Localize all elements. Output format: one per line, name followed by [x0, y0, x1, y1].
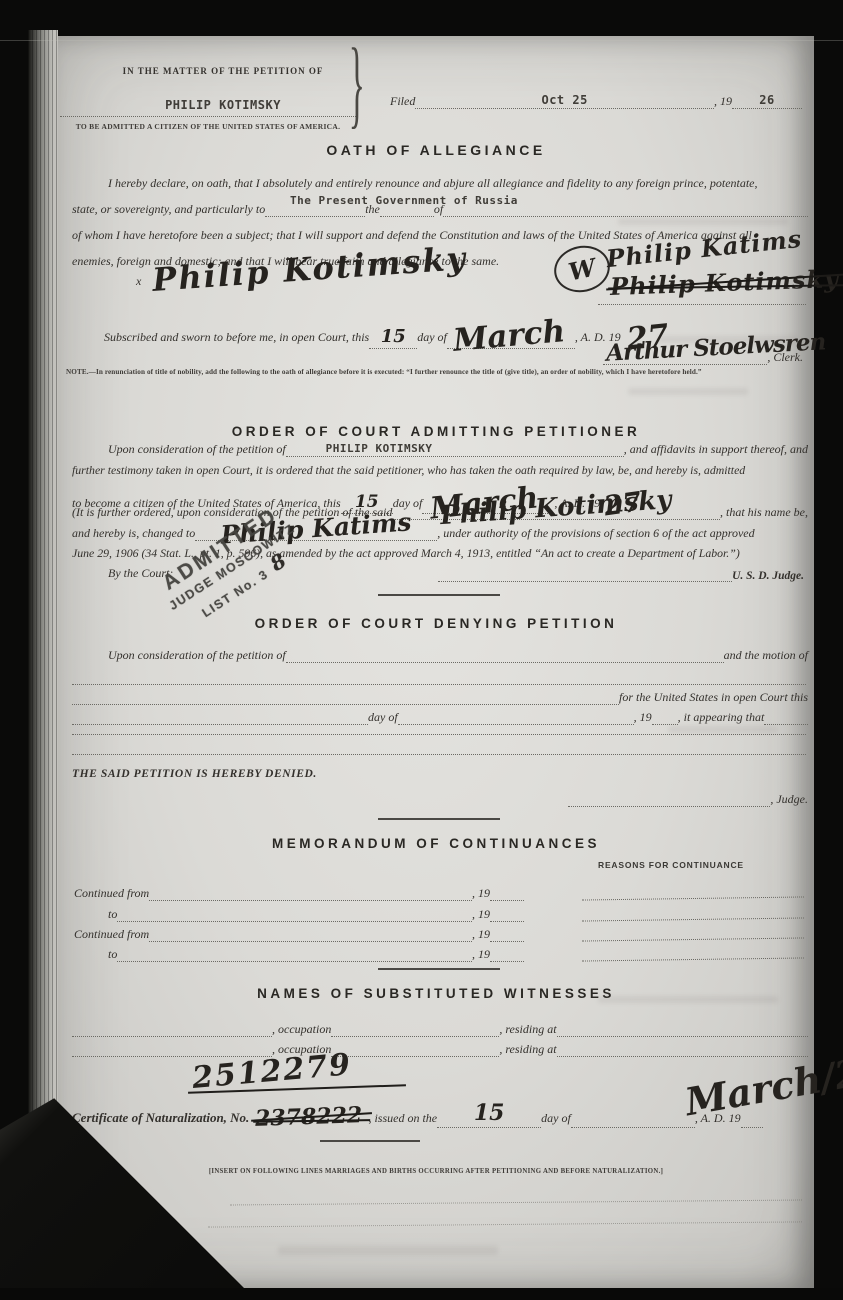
witness-row: , occupation , residing at: [72, 1042, 808, 1057]
nobility-note: NOTE.—In renunciation of title of nobili…: [66, 368, 808, 376]
continuance-year: , 19: [472, 907, 490, 922]
denying-blank-line1: [72, 684, 806, 685]
bleed-through-mark: [618, 218, 788, 225]
denying-line2: for the United States in open Court this: [72, 690, 808, 705]
reason-blank: [582, 957, 804, 961]
admitting-line4-post: , that his name be,: [720, 505, 808, 520]
to-label: to: [108, 907, 117, 922]
bleed-through-mark: [658, 336, 798, 343]
sovereign-typed: The Present Government of Russia: [290, 194, 518, 207]
oath-line2: state, or sovereignty, and particularly …: [72, 202, 808, 217]
denying-day-blank: [72, 710, 368, 725]
certificate-label: Certificate of Naturalization, No.: [72, 1110, 249, 1126]
photographed-record-book: IN THE MATTER OF THE PETITION OF PHILIP …: [0, 0, 843, 1300]
stamp-list-no-hw: 8: [266, 547, 292, 576]
continuance-blank: [117, 907, 472, 922]
crossed-out-signature-wrap: Philip Kotimsky: [610, 268, 839, 297]
day-hw: 15: [369, 326, 417, 347]
filed-date-typed: Oct 25: [415, 93, 714, 107]
continuance-row: Continued from , 19: [74, 927, 524, 942]
filed-label: Filed: [390, 94, 415, 109]
admitting-title: ORDER OF COURT ADMITTING PETITIONER: [58, 424, 814, 439]
continuance-row: to , 19: [74, 907, 524, 922]
admitting-line6: June 29, 1906 (34 Stat. L., pt. 1, p. 59…: [72, 546, 740, 561]
denying-day-of: day of: [368, 710, 398, 725]
continuance-year-blank: [490, 907, 524, 922]
divider-rule: [320, 1140, 420, 1142]
continuance-blank: [117, 947, 472, 962]
witness-address-blank: [557, 1042, 808, 1057]
continuance-year: , 19: [472, 886, 490, 901]
divider-rule: [378, 818, 500, 820]
denying-blank-line3: [72, 754, 806, 755]
continuance-year: , 19: [472, 927, 490, 942]
continuance-blank: [149, 927, 472, 942]
admitting-line5: and hereby is, changed to Philip Katims …: [72, 526, 808, 541]
continued-from-label: Continued from: [74, 886, 149, 901]
day-of-label: day of: [417, 330, 447, 345]
witness-row: , occupation , residing at: [72, 1022, 808, 1037]
denying-blank-line2: [72, 734, 806, 735]
signature-mark: x: [136, 274, 141, 289]
continuance-year-blank: [490, 927, 524, 942]
month-hw: March: [452, 313, 567, 359]
denying-appearing: , it appearing that: [678, 710, 765, 725]
witness-name-blank: [72, 1022, 272, 1037]
continuance-year: , 19: [472, 947, 490, 962]
denying-month-blank: [398, 710, 634, 725]
denying-judge-row: , Judge.: [568, 792, 808, 807]
clerk-initials-circle: W: [550, 241, 614, 298]
clerk-signature-line: [603, 350, 767, 365]
admitting-line5-post: , under authority of the provisions of s…: [437, 526, 754, 541]
admitting-line4: (It is further ordered, upon considerati…: [72, 505, 808, 520]
denying-year-label: , 19: [634, 710, 652, 725]
subscribed-row: Subscribed and sworn to before me, in op…: [104, 314, 668, 349]
reasons-header: REASONS FOR CONTINUANCE: [598, 860, 744, 870]
month-blank: March: [447, 314, 575, 349]
petition-denied-text: THE SAID PETITION IS HEREBY DENIED.: [72, 768, 317, 780]
matter-subcaption: TO BE ADMITTED A CITIZEN OF THE UNITED S…: [58, 122, 358, 131]
signature-line: [598, 304, 806, 305]
admitting-p1-pre: Upon consideration of the petition of: [108, 442, 286, 457]
admitting-line1: Upon consideration of the petition of PH…: [72, 442, 808, 457]
witness-occupation-blank: [331, 1042, 499, 1057]
petitioner-signature-hw: Philip Kotimsky: [151, 239, 468, 299]
footer-blank-line: [208, 1221, 802, 1227]
occupation-label: , occupation: [272, 1022, 331, 1037]
day-blank: 15: [369, 314, 417, 349]
witness-address-blank: [557, 1022, 808, 1037]
witness-occupation-blank: [331, 1022, 499, 1037]
crossed-out-signature-hw: Philip Kotimsky: [610, 264, 840, 301]
certificate-month-blank: [571, 1102, 695, 1128]
filed-row: Filed Oct 25 , 19 26: [390, 94, 802, 109]
denying-year-blank: [652, 710, 678, 725]
reason-blank: [582, 917, 804, 921]
bleed-through-mark: [278, 1246, 498, 1255]
film-scratch: [0, 40, 843, 41]
admitting-name-blank: PHILIP KOTIMSKY: [286, 442, 624, 457]
admitting-p1-post: , and affidavits in support thereof, and: [624, 442, 808, 457]
oath-line2-pre: state, or sovereignty, and particularly …: [72, 202, 265, 217]
clerk-label: , Clerk.: [767, 350, 803, 365]
clerk-initials-hw: W: [566, 252, 598, 286]
continuance-year-blank: [490, 886, 524, 901]
bleed-through-mark: [668, 726, 778, 733]
usd-judge-label: U. S. D. Judge.: [732, 570, 804, 582]
clerk-row: , Clerk.: [603, 350, 803, 365]
denying-p1-post: and the motion of: [724, 648, 808, 663]
oath-line1: I hereby declare, on oath, that I absolu…: [108, 176, 758, 191]
naturalization-record-page: IN THE MATTER OF THE PETITION OF PHILIP …: [58, 36, 814, 1288]
denying-line1: Upon consideration of the petition of an…: [72, 648, 808, 663]
reason-blank: [582, 937, 804, 941]
footer-blank-line: [230, 1200, 802, 1206]
certificate-number-crossed-hw: 2378222: [255, 1102, 363, 1132]
continued-from-label: Continued from: [74, 927, 149, 942]
residing-label: , residing at: [499, 1022, 556, 1037]
denying-judge-line: [568, 792, 770, 807]
filed-year-typed: 26: [732, 93, 802, 107]
denying-judge-label: , Judge.: [770, 792, 808, 807]
continuance-year-blank: [490, 947, 524, 962]
reason-blank: [582, 896, 804, 900]
matter-caption: IN THE MATTER OF THE PETITION OF: [98, 66, 348, 76]
issued-label: , issued on the: [368, 1111, 437, 1126]
continuances-title: MEMORANDUM OF CONTINUANCES: [58, 836, 814, 851]
witness-name-blank: [72, 1042, 272, 1057]
bleed-through-mark: [598, 996, 778, 1003]
filed-year-blank: 26: [732, 94, 802, 109]
certificate-day-blank: 15: [437, 1102, 541, 1128]
certificate-day-of: day of: [541, 1111, 571, 1126]
denying-p1-pre: Upon consideration of the petition of: [108, 648, 286, 663]
footer-insert-note: [INSERT ON FOLLOWING LINES MARRIAGES AND…: [58, 1168, 814, 1175]
certificate-day-hw: 15: [437, 1100, 541, 1126]
admitting-name-typed: PHILIP KOTIMSKY: [326, 442, 433, 455]
denying-title: ORDER OF COURT DENYING PETITION: [58, 616, 814, 631]
residing-label: , residing at: [499, 1042, 556, 1057]
photo-bottom-edge: [0, 1288, 843, 1300]
continuance-blank: [149, 886, 472, 901]
continuance-row: Continued from , 19: [74, 886, 524, 901]
admitting-line2: further testimony taken in open Court, i…: [72, 463, 745, 478]
petitioner-name-typed: PHILIP KOTIMSKY: [98, 98, 348, 112]
bleed-through-mark: [628, 388, 748, 395]
old-name-blank: Philip Kotimsky: [392, 505, 720, 520]
admitting-line5-pre: and hereby is, changed to: [72, 526, 195, 541]
judge-signature-line: [438, 570, 732, 582]
oath-title: OATH OF ALLEGIANCE: [58, 142, 814, 158]
matter-underline: [60, 116, 356, 117]
divider-rule: [378, 594, 500, 596]
denying-name-blank: [286, 648, 724, 663]
filed-date-blank: Oct 25: [415, 94, 714, 109]
subscribed-pre: Subscribed and sworn to before me, in op…: [104, 330, 369, 345]
denying-line3: day of , 19 , it appearing that: [72, 710, 808, 725]
matter-bracket: }: [349, 34, 365, 145]
denying-p2-post: for the United States in open Court this: [619, 690, 808, 705]
to-label: to: [108, 947, 117, 962]
divider-rule: [378, 968, 500, 970]
judge-signature-row: U. S. D. Judge.: [438, 570, 804, 582]
denying-attorney-blank: [72, 690, 619, 705]
filed-year-printed: , 19: [714, 94, 732, 109]
denying-appearing-blank: [764, 710, 808, 725]
continuance-row: to , 19: [74, 947, 524, 962]
